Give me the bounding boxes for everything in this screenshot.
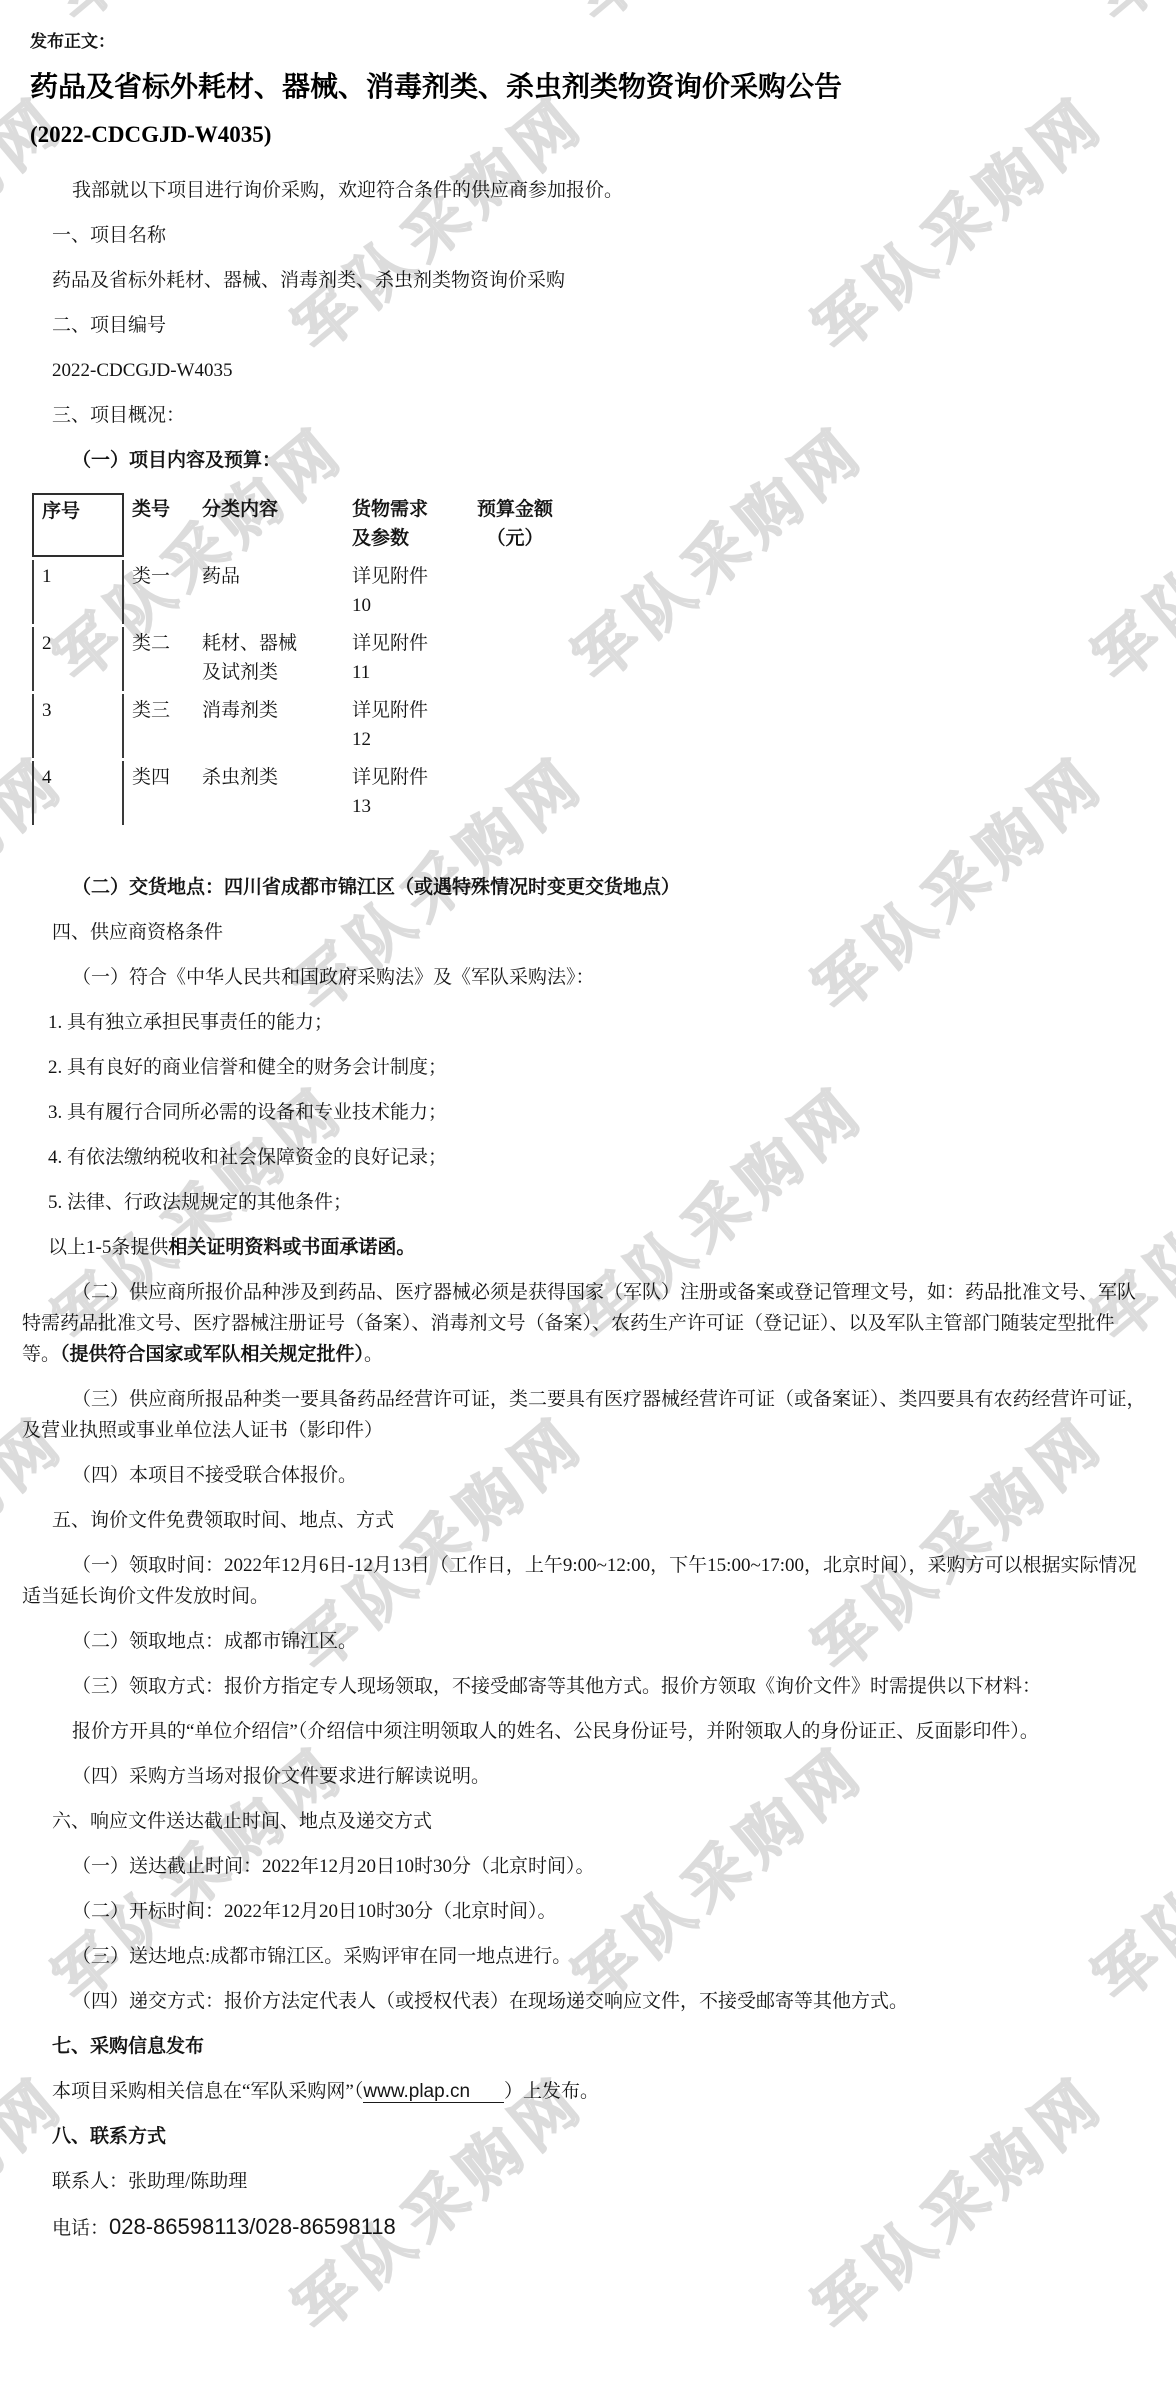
summary-text: 以上1-5条提供 (48, 1237, 168, 1258)
publish-info: 本项目采购相关信息在“军队采购网”（www.plap.cn）上发布。 (52, 2076, 1150, 2107)
intro-paragraph: 我部就以下项目进行询价采购，欢迎符合条件的供应商参加报价。 (22, 175, 1150, 206)
table-cell (469, 761, 619, 825)
qualification-intro: （一）符合《中华人民共和国政府采购法》及《军队采购法》： (22, 962, 1150, 993)
qualification-item: 1. 具有独立承担民事责任的能力； (48, 1007, 1150, 1038)
deadline-time: （一）送达截止时间：2022年12月20日10时30分（北京时间）。 (22, 1851, 1150, 1882)
qualification-item: 4. 有依法缴纳税收和社会保障资金的良好记录； (48, 1142, 1150, 1173)
phone-number: 028-86598113/028-86598118 (109, 2214, 396, 2239)
budget-table: 序号 类号 分类内容 货物需求 及参数 预算金额 （元） 1类一药品详见附件 1… (32, 490, 619, 828)
section-heading-1: 一、项目名称 (52, 220, 1150, 251)
publish-info-end: ）上发布。 (504, 2081, 599, 2102)
qualification-summary: 以上1-5条提供相关证明资料或书面承诺函。 (48, 1232, 1150, 1263)
announcement-document: 发布正文： 药品及省标外耗材、器械、消毒剂类、杀虫剂类物资询价采购公告 (202… (0, 0, 1176, 2244)
qualification-sub4: （四）本项目不接受联合体报价。 (22, 1460, 1150, 1491)
section-heading-8: 八、联系方式 (52, 2121, 1150, 2152)
collect-note: 报价方开具的“单位介绍信”（介绍信中须注明领取人的姓名、公民身份证号，并附领取人… (22, 1716, 1150, 1747)
table-cell: 类二 (124, 627, 194, 691)
table-cell: 类一 (124, 560, 194, 624)
publish-info-text: 本项目采购相关信息在“军队采购网”（ (52, 2081, 363, 2102)
table-cell: 4 (32, 761, 124, 825)
table-cell: 1 (32, 560, 124, 624)
table-cell: 详见附件 10 (344, 560, 469, 624)
table-row: 2类二耗材、器械 及试剂类详见附件 11 (32, 627, 619, 691)
qualification-item: 2. 具有良好的商业信誉和健全的财务会计制度； (48, 1052, 1150, 1083)
table-cell: 消毒剂类 (194, 694, 344, 758)
collect-sub4: （四）采购方当场对报价文件要求进行解读说明。 (22, 1761, 1150, 1792)
project-code-title: (2022-CDCGJD-W4035) (30, 119, 1150, 151)
contact-phone: 电话：028-86598113/028-86598118 (52, 2211, 1150, 2244)
project-name: 药品及省标外耗材、器械、消毒剂类、杀虫剂类物资询价采购 (52, 265, 1150, 296)
collect-place: （二）领取地点：成都市锦江区。 (22, 1626, 1150, 1657)
open-time: （二）开标时间：2022年12月20日10时30分（北京时间）。 (22, 1896, 1150, 1927)
summary-bold-text: 相关证明资料或书面承诺函。 (168, 1237, 415, 1258)
col-header-class: 类号 (124, 493, 194, 557)
table-cell (469, 627, 619, 691)
table-cell (469, 560, 619, 624)
phone-label: 电话： (52, 2218, 109, 2239)
table-cell: 2 (32, 627, 124, 691)
publish-label: 发布正文： (30, 26, 1150, 57)
col-header-content: 分类内容 (194, 493, 344, 557)
delivery-location: （二）交货地点：四川省成都市锦江区（或遇特殊情况时变更交货地点） (22, 872, 1150, 903)
table-cell: 详见附件 11 (344, 627, 469, 691)
section-heading-6: 六、响应文件送达截止时间、地点及递交方式 (52, 1806, 1150, 1837)
deliver-method: （四）递交方式：报价方法定代表人（或授权代表）在现场递交响应文件，不接受邮寄等其… (22, 1986, 1150, 2017)
budget-subheading: （一）项目内容及预算： (22, 445, 1150, 476)
section-heading-2: 二、项目编号 (52, 310, 1150, 341)
project-number: 2022-CDCGJD-W4035 (52, 355, 1150, 386)
qualification-item: 3. 具有履行合同所必需的设备和专业技术能力； (48, 1097, 1150, 1128)
collect-time: （一）领取时间：2022年12月6日-12月13日（工作日，上午9:00~12:… (22, 1550, 1150, 1612)
qualification-sub2: （二）供应商所报价品种涉及到药品、医疗器械必须是获得国家（军队）注册或备案或登记… (22, 1277, 1150, 1370)
sub2-bold-text: （提供符合国家或军队相关规定批件） (60, 1344, 364, 1365)
section-heading-5: 五、询价文件免费领取时间、地点、方式 (52, 1505, 1150, 1536)
table-cell: 详见附件 13 (344, 761, 469, 825)
sub2-end: 。 (364, 1344, 383, 1365)
table-row: 1类一药品详见附件 10 (32, 560, 619, 624)
section-heading-7: 七、采购信息发布 (52, 2031, 1150, 2062)
contact-person: 联系人：张助理/陈助理 (52, 2166, 1150, 2197)
table-row: 4类四杀虫剂类详见附件 13 (32, 761, 619, 825)
collect-method: （三）领取方式：报价方指定专人现场领取，不接受邮寄等其他方式。报价方领取《询价文… (22, 1671, 1150, 1702)
table-cell: 3 (32, 694, 124, 758)
table-row: 3类三消毒剂类详见附件 12 (32, 694, 619, 758)
qualification-sub3: （三）供应商所报品种类一要具备药品经营许可证，类二要具有医疗器械经营许可证（或备… (22, 1384, 1150, 1446)
col-header-budget: 预算金额 （元） (469, 493, 619, 557)
col-header-demand: 货物需求 及参数 (344, 493, 469, 557)
deliver-place: （三）送达地点:成都市锦江区。采购评审在同一地点进行。 (22, 1941, 1150, 1972)
table-cell (469, 694, 619, 758)
document-page: { "watermark": { "text": "军队采购网", "strok… (0, 0, 1176, 2385)
plap-link[interactable]: www.plap.cn (363, 2081, 504, 2103)
table-cell: 类三 (124, 694, 194, 758)
table-header-row: 序号 类号 分类内容 货物需求 及参数 预算金额 （元） (32, 493, 619, 557)
table-cell: 耗材、器械 及试剂类 (194, 627, 344, 691)
table-cell: 类四 (124, 761, 194, 825)
table-cell: 杀虫剂类 (194, 761, 344, 825)
table-cell: 详见附件 12 (344, 694, 469, 758)
section-heading-3: 三、项目概况： (52, 400, 1150, 431)
qualification-item: 5. 法律、行政法规规定的其他条件； (48, 1187, 1150, 1218)
table-cell: 药品 (194, 560, 344, 624)
col-header-serial: 序号 (32, 493, 124, 557)
page-title: 药品及省标外耗材、器械、消毒剂类、杀虫剂类物资询价采购公告 (30, 67, 1150, 107)
section-heading-4: 四、供应商资格条件 (52, 917, 1150, 948)
